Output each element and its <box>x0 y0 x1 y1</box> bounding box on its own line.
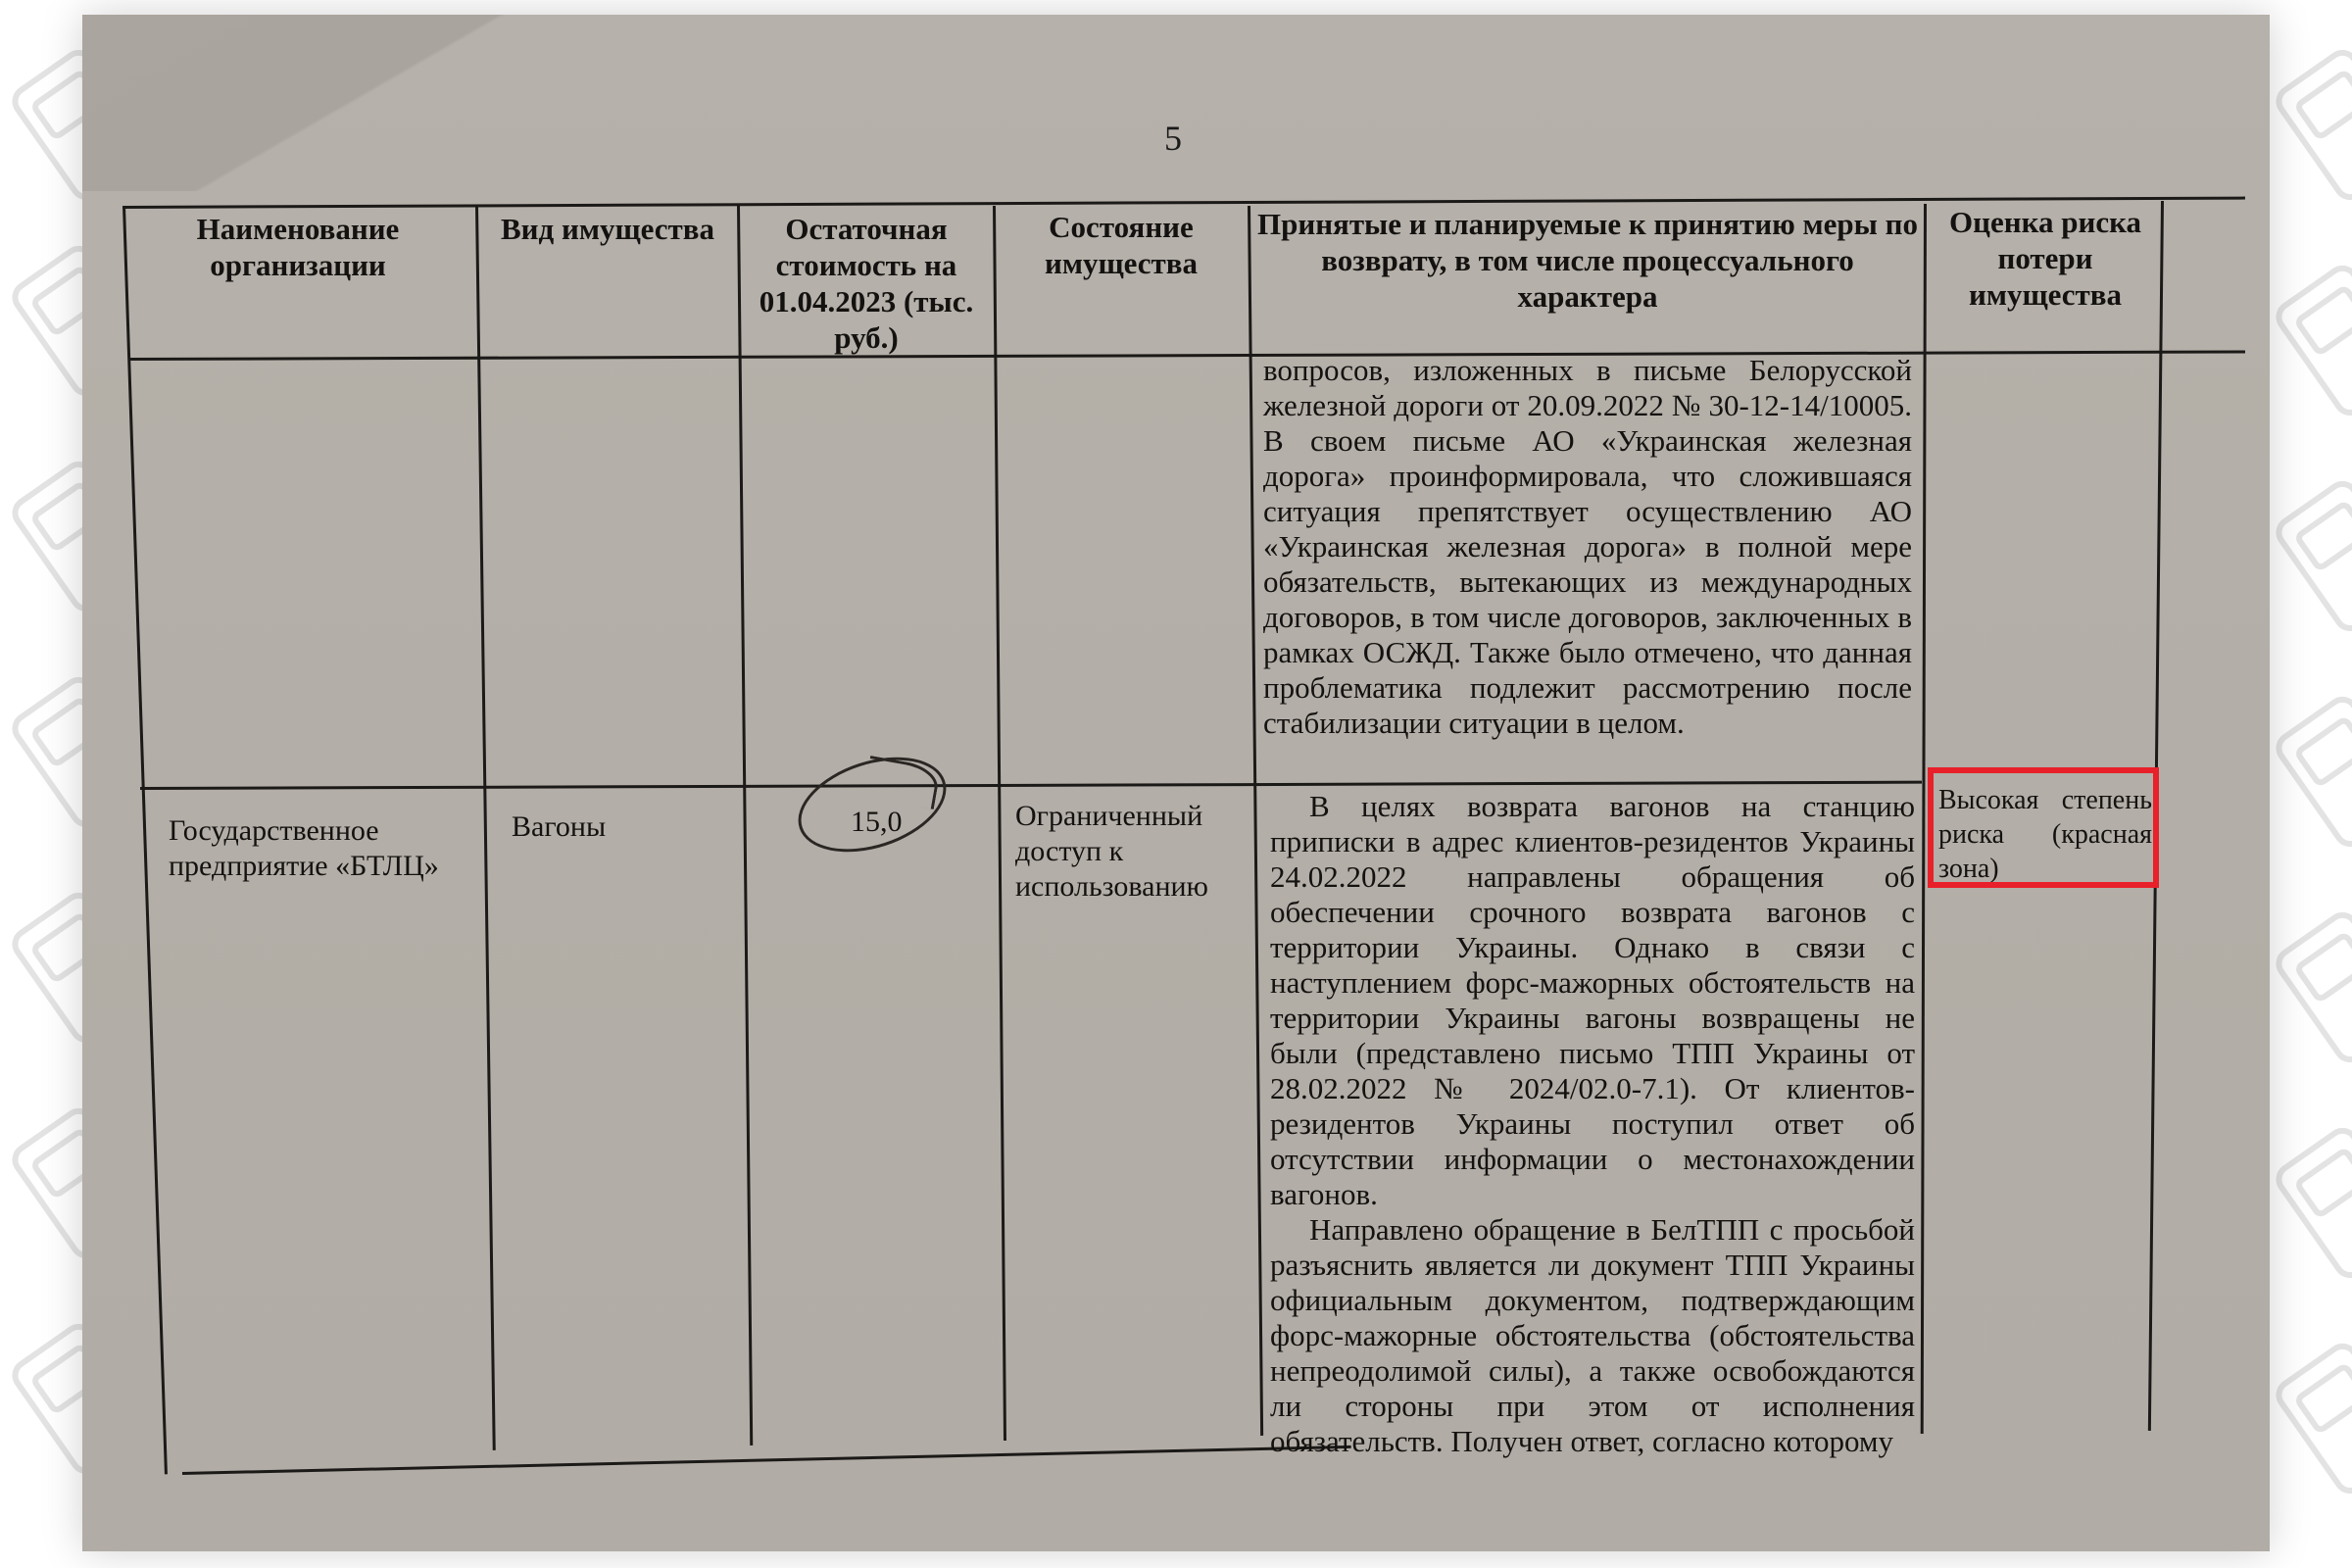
col-border-3 <box>993 206 1006 1441</box>
col-border-4 <box>1248 206 1263 1436</box>
row2-measures-paragraph-1: В целях возврата вагонов на станцию прип… <box>1270 789 1915 1212</box>
col-border-1 <box>475 206 496 1450</box>
col-border-2 <box>737 206 753 1445</box>
header-organization: Наименование организации <box>171 211 425 283</box>
header-measures: Принятые и планируемые к принятию меры п… <box>1254 206 1921 315</box>
document-photo: 5 Наименование организации Вид имущества… <box>82 15 2270 1551</box>
header-condition: Состояние имущества <box>1004 209 1239 281</box>
col-border-0 <box>122 206 168 1474</box>
header-bottom-border <box>130 350 2245 361</box>
row2-organization: Государственное предприятие «БТЛЦ» <box>169 813 463 884</box>
col-border-5 <box>1921 204 1927 1434</box>
table-top-border <box>122 197 2245 209</box>
header-property-type: Вид имущества <box>480 211 735 247</box>
header-residual-value: Остаточная стоимость на 01.04.2023 (тыс.… <box>759 211 974 356</box>
row2-measures: В целях возврата вагонов на станцию прип… <box>1270 789 1915 1459</box>
row2-condition: Ограниченный доступ к использованию <box>1015 799 1221 905</box>
page-number: 5 <box>1164 118 1182 159</box>
risk-highlight-box <box>1928 767 2159 888</box>
row2-bottom-border <box>182 1445 1351 1475</box>
header-risk: Оценка риска потери имущества <box>1930 204 2161 313</box>
paper-fold-shadow <box>82 15 533 191</box>
row2-property-type: Вагоны <box>512 809 727 845</box>
row1-measures: вопросов, изложенных в письме Белорусско… <box>1263 353 1912 741</box>
row1-measures-paragraph: вопросов, изложенных в письме Белорусско… <box>1263 353 1912 741</box>
row2-measures-paragraph-2: Направлено обращение в БелТПП с просьбой… <box>1270 1212 1915 1459</box>
